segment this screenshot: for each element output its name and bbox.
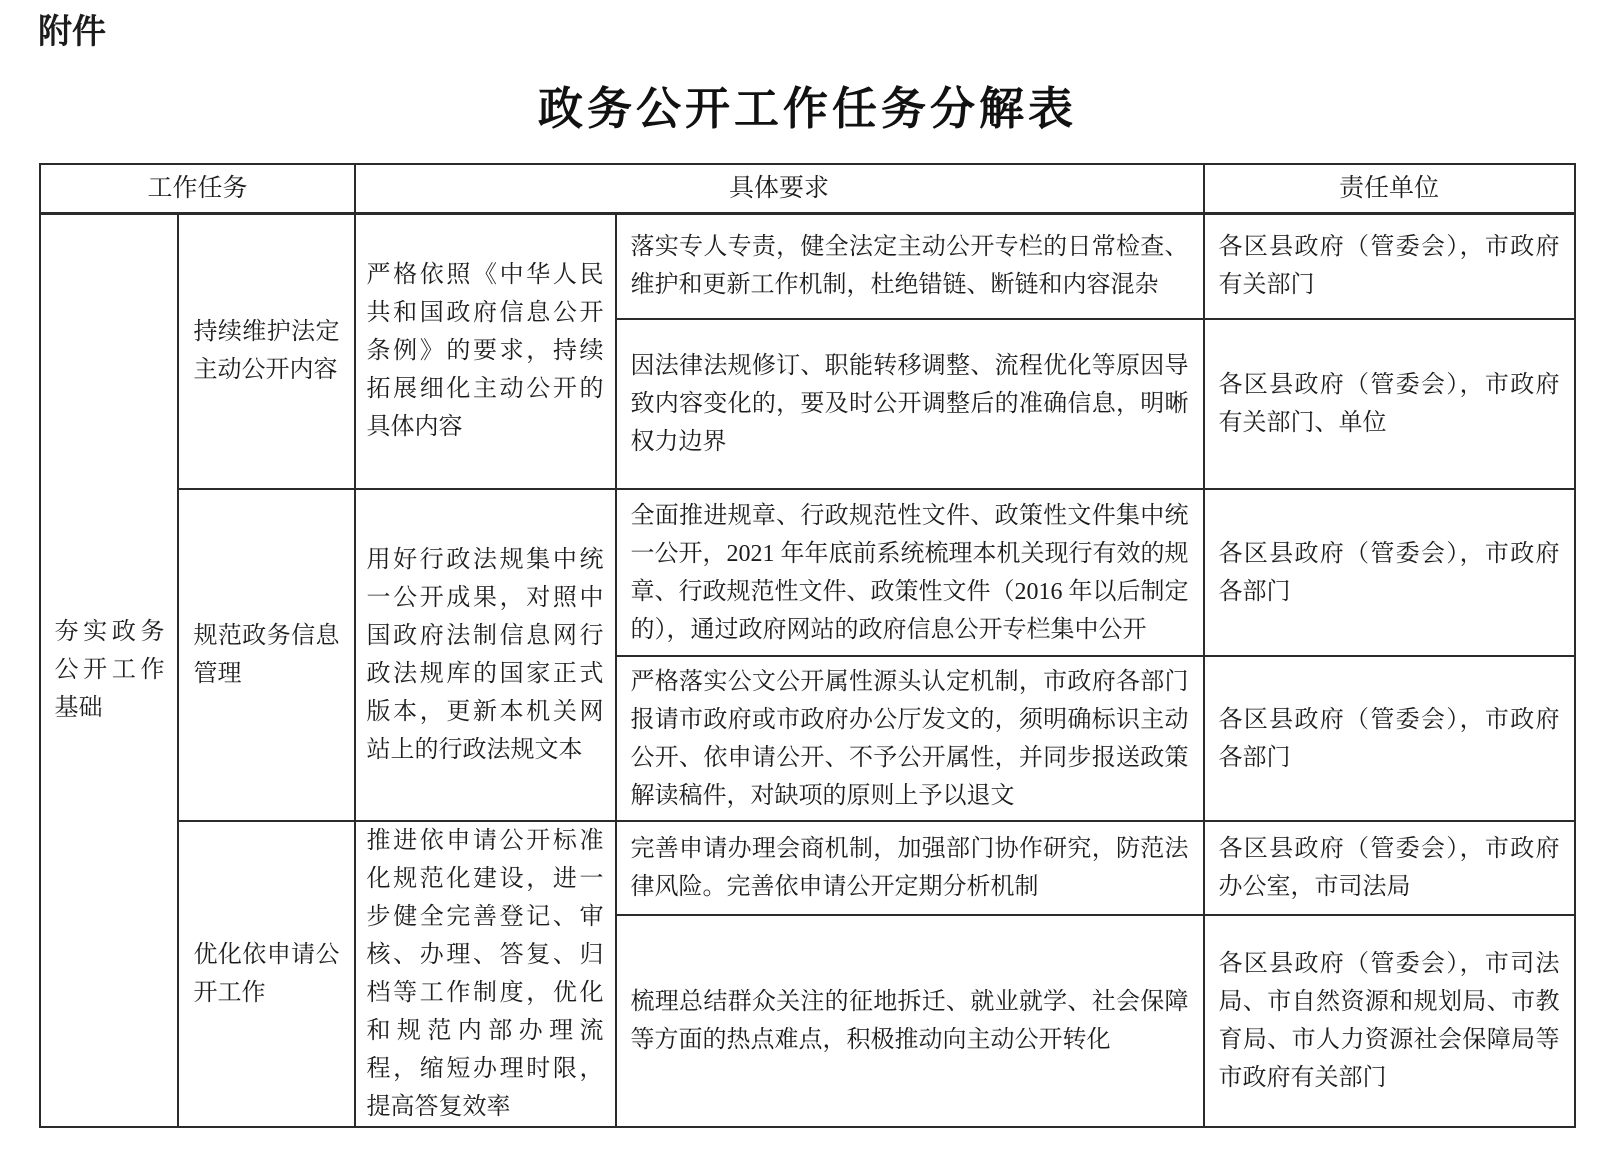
summary-cell-group3: 推进依申请公开标准化规范化建设，进一步健全完善登记、审核、办理、答复、归档等工作… xyxy=(355,821,616,1127)
table-row: 夯实政务公开工作基础 持续维护法定主动公开内容 严格依照《中华人民共和国政府信息… xyxy=(40,213,1574,319)
attachment-label: 附件 xyxy=(38,12,1615,52)
summary-cell-group1: 严格依照《中华人民共和国政府信息公开条例》的要求，持续拓展细化主动公开的具体内容 xyxy=(355,213,616,489)
task-cell-group1: 持续维护法定主动公开内容 xyxy=(178,213,354,489)
header-work-task: 工作任务 xyxy=(40,164,354,213)
unit-cell-g1r1: 各区县政府（管委会），市政府有关部门 xyxy=(1204,213,1575,319)
header-responsible-unit: 责任单位 xyxy=(1204,164,1575,213)
detail-cell-g2r2: 严格落实公文公开属性源头认定机制，市政府各部门报请市政府或市政府办公厅发文的，须… xyxy=(616,656,1204,821)
summary-cell-group2: 用好行政法规集中统一公开成果，对照中国政府法制信息网行政法规库的国家正式版本，更… xyxy=(355,489,616,821)
table-row: 规范政务信息管理 用好行政法规集中统一公开成果，对照中国政府法制信息网行政法规库… xyxy=(40,489,1574,656)
unit-cell-g3r2: 各区县政府（管委会），市司法局、市自然资源和规划局、市教育局、市人力资源社会保障… xyxy=(1204,915,1575,1127)
document-page: 附件 政务公开工作任务分解表 工作任务 具体要求 责任单位 夯实政务公开工作基础… xyxy=(0,0,1615,1167)
unit-cell-g2r2: 各区县政府（管委会），市政府各部门 xyxy=(1204,656,1575,821)
task-breakdown-table: 工作任务 具体要求 责任单位 夯实政务公开工作基础 持续维护法定主动公开内容 严… xyxy=(39,163,1575,1128)
task-cell-group2: 规范政务信息管理 xyxy=(178,489,354,821)
category-cell: 夯实政务公开工作基础 xyxy=(40,213,178,1127)
header-specific-requirement: 具体要求 xyxy=(355,164,1204,213)
detail-cell-g3r2: 梳理总结群众关注的征地拆迁、就业就学、社会保障等方面的热点难点，积极推动向主动公… xyxy=(616,915,1204,1127)
detail-cell-g2r1: 全面推进规章、行政规范性文件、政策性文件集中统一公开，2021 年年底前系统梳理… xyxy=(616,489,1204,656)
detail-cell-g3r1: 完善申请办理会商机制，加强部门协作研究，防范法律风险。完善依申请公开定期分析机制 xyxy=(616,821,1204,915)
table-row: 优化依申请公开工作 推进依申请公开标准化规范化建设，进一步健全完善登记、审核、办… xyxy=(40,821,1574,915)
unit-cell-g3r1: 各区县政府（管委会），市政府办公室，市司法局 xyxy=(1204,821,1575,915)
task-cell-group3: 优化依申请公开工作 xyxy=(178,821,354,1127)
detail-cell-g1r2: 因法律法规修订、职能转移调整、流程优化等原因导致内容变化的，要及时公开调整后的准… xyxy=(616,319,1204,489)
detail-cell-g1r1: 落实专人专责，健全法定主动公开专栏的日常检查、维护和更新工作机制，杜绝错链、断链… xyxy=(616,213,1204,319)
page-title: 政务公开工作任务分解表 xyxy=(0,82,1615,136)
unit-cell-g1r2: 各区县政府（管委会），市政府有关部门、单位 xyxy=(1204,319,1575,489)
unit-cell-g2r1: 各区县政府（管委会），市政府各部门 xyxy=(1204,489,1575,656)
table-header-row: 工作任务 具体要求 责任单位 xyxy=(40,164,1574,213)
